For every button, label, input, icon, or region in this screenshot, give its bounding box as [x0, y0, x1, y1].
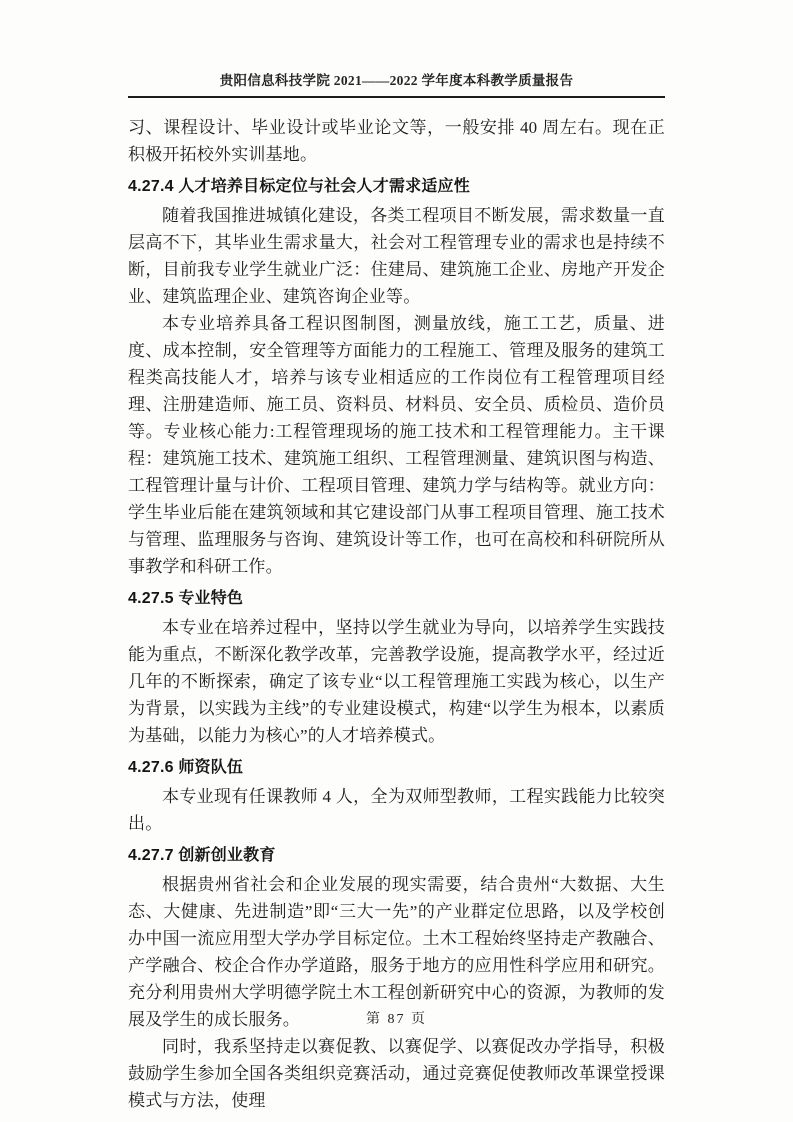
paragraph-major-features: 本专业在培养过程中，坚持以学生就业为导向，以培养学生实践技能为重点，不断深化教学… — [128, 614, 665, 749]
paragraph-continuation: 习、课程设计、毕业设计或毕业论文等，一般安排 40 周左右。现在正积极开拓校外实… — [128, 114, 665, 168]
paragraph-talent-demand: 随着我国推进城镇化建设，各类工程项目不断发展，需求数量一直层高不下，其毕业生需求… — [128, 202, 665, 310]
page-number: 第 87 页 — [0, 1008, 793, 1028]
paragraph-competition: 同时，我系坚持走以赛促教、以赛促学、以赛促改办学指导，积极鼓励学生参加全国各类组… — [128, 1033, 665, 1114]
section-heading-4-27-5: 4.27.5 专业特色 — [128, 588, 665, 610]
document-page: 贵阳信息科技学院 2021——2022 学年度本科教学质量报告 习、课程设计、毕… — [0, 0, 793, 1122]
paragraph-faculty: 本专业现有任课教师 4 人，全为双师型教师，工程实践能力比较突出。 — [128, 783, 665, 837]
section-heading-4-27-6: 4.27.6 师资队伍 — [128, 757, 665, 779]
paragraph-training-goals: 本专业培养具备工程识图制图，测量放线，施工工艺，质量、进度、成本控制，安全管理等… — [128, 310, 665, 580]
running-head: 贵阳信息科技学院 2021——2022 学年度本科教学质量报告 — [128, 0, 665, 98]
document-body: 习、课程设计、毕业设计或毕业论文等，一般安排 40 周左右。现在正积极开拓校外实… — [128, 98, 665, 1114]
section-heading-4-27-4: 4.27.4 人才培养目标定位与社会人才需求适应性 — [128, 176, 665, 198]
section-heading-4-27-7: 4.27.7 创新创业教育 — [128, 845, 665, 867]
